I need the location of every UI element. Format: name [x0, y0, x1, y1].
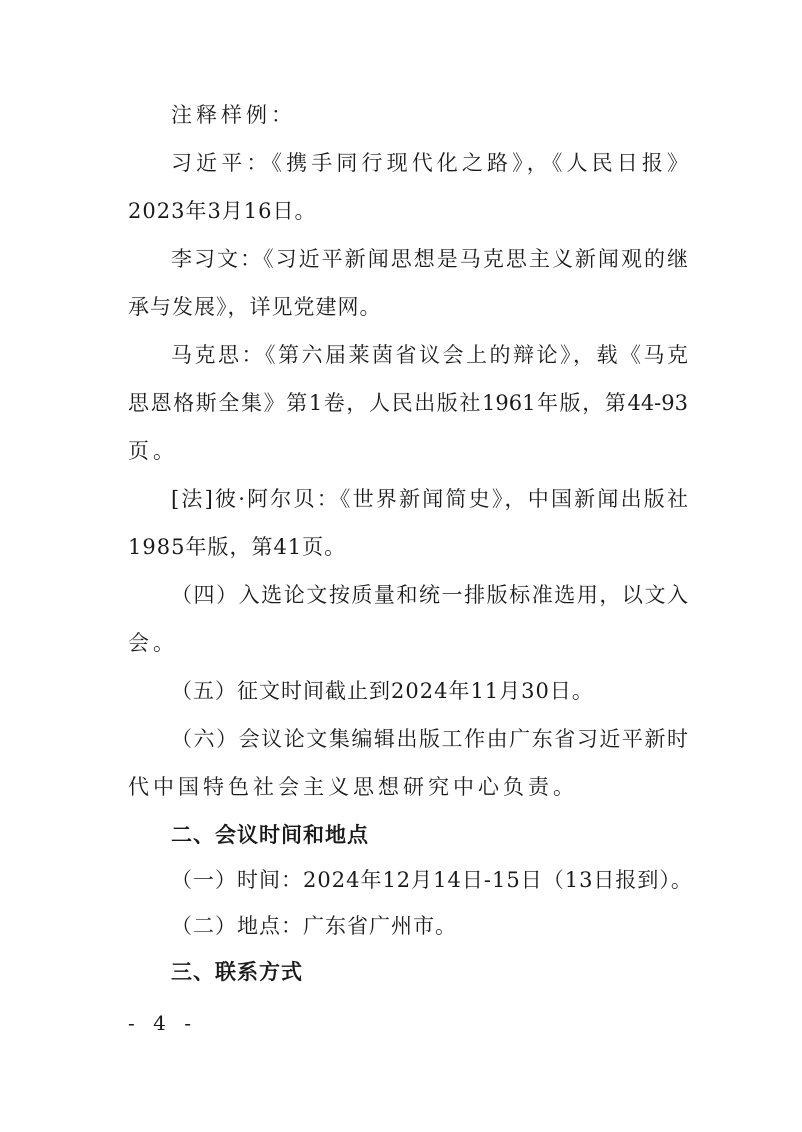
citation-3-line-3: 页。: [128, 437, 688, 465]
citation-4-line-1: [法]彼·阿尔贝：《世界新闻简史》，中国新闻出版社: [171, 485, 688, 513]
item-6-line-2: 代中国特色社会主义思想研究中心负责。: [128, 773, 688, 801]
annotation-example-label: 注释样例：: [171, 101, 688, 129]
section-2-heading: 二、会议时间和地点: [171, 821, 688, 849]
citation-4-line-2: 1985年版，第41页。: [128, 533, 688, 561]
item-4-line-2: 会。: [128, 629, 688, 657]
document-page: 注释样例： 习近平：《携手同行现代化之路》，《人民日报》 2023年3月16日。…: [0, 0, 802, 1132]
section-3-heading: 三、联系方式: [171, 958, 688, 986]
citation-2-line-1: 李习文：《习近平新闻思想是马克思主义新闻观的继: [171, 245, 688, 273]
item-4-line-1: （四）入选论文按质量和统一排版标准选用，以文入: [171, 581, 688, 609]
item-5-deadline: （五）征文时间截止到2024年11月30日。: [171, 677, 688, 705]
citation-3-line-2: 思恩格斯全集》第1卷，人民出版社1961年版，第44-93: [128, 389, 688, 417]
citation-1-line-1: 习近平：《携手同行现代化之路》，《人民日报》: [171, 149, 688, 177]
item-6-line-1: （六）会议论文集编辑出版工作由广东省习近平新时: [171, 725, 688, 753]
citation-3-line-1: 马克思：《第六届莱茵省议会上的辩论》，载《马克: [171, 341, 688, 369]
page-number: - 4 -: [128, 1010, 197, 1036]
citation-2-line-2: 承与发展》，详见党建网。: [128, 293, 688, 321]
meeting-location: （二）地点：广东省广州市。: [171, 912, 688, 940]
citation-1-line-2: 2023年3月16日。: [128, 197, 688, 225]
meeting-time: （一）时间：2024年12月14日-15日（13日报到）。: [171, 866, 688, 894]
